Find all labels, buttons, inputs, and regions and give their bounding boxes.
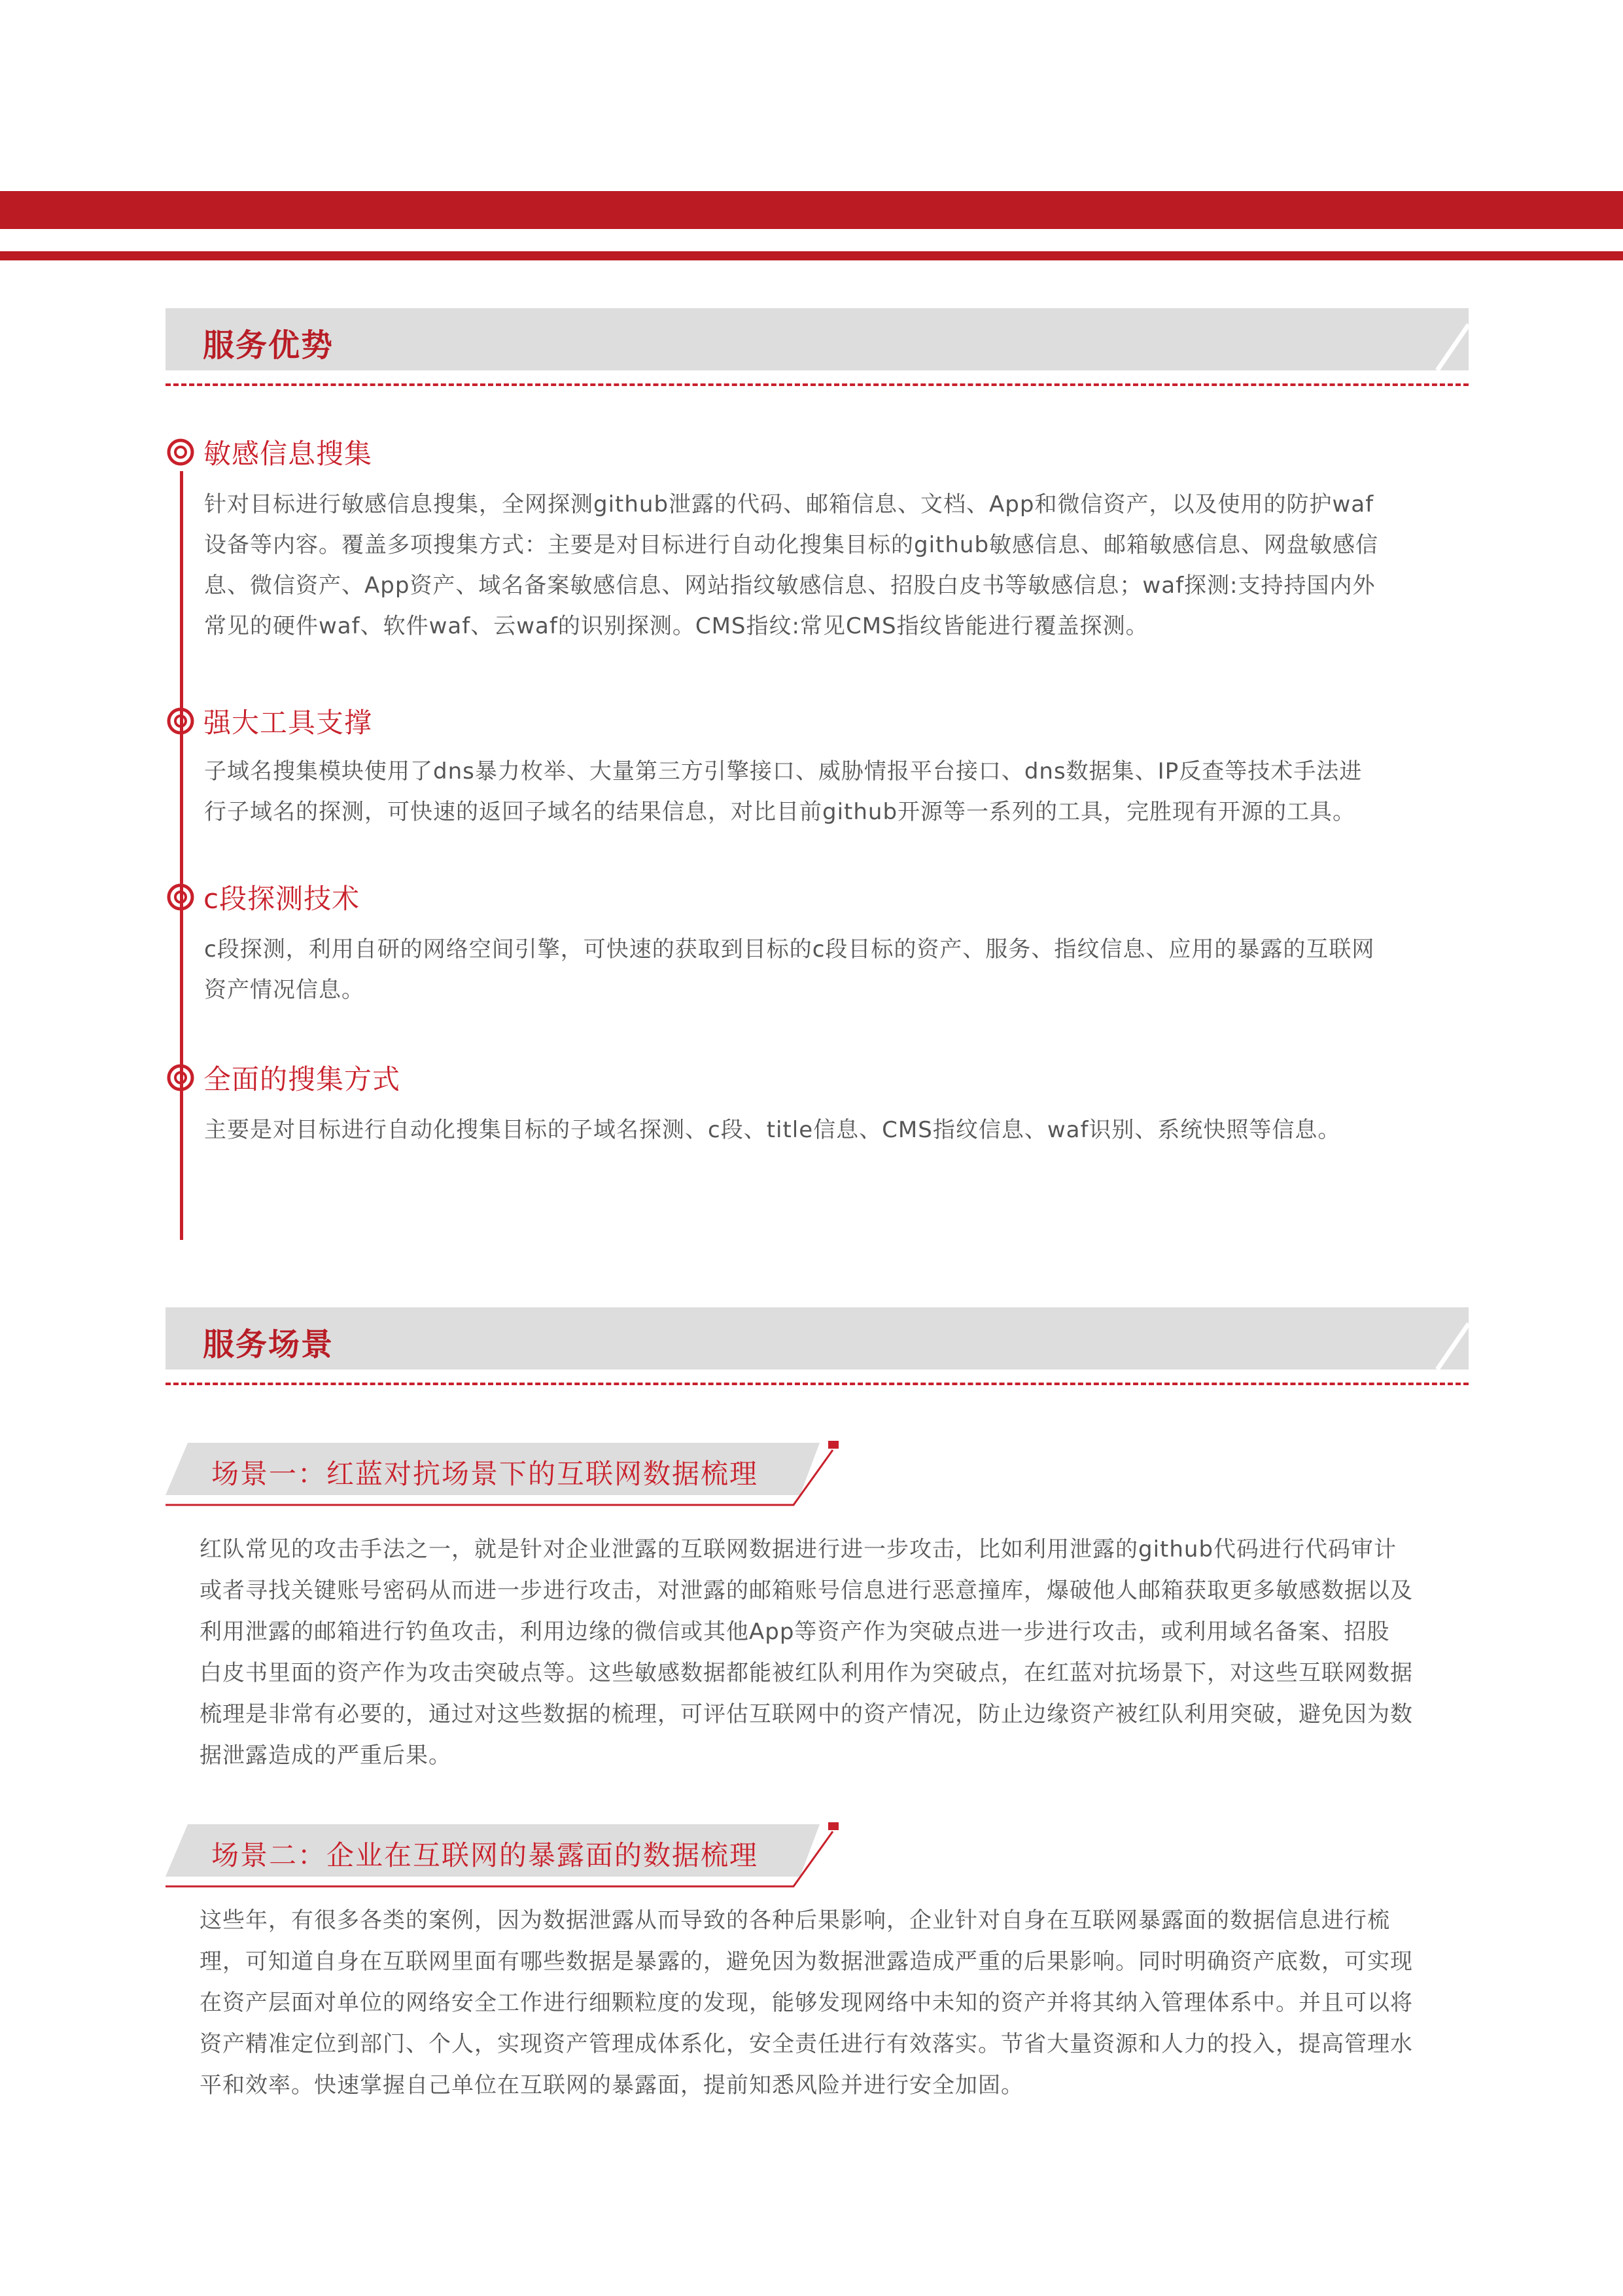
section-header-scenarios: 服务场景 [166, 1307, 1469, 1369]
section-title: 服务优势 [203, 320, 334, 365]
advantage-item-body: 子域名搜集模块使用了dns暴力枚举、大量第三方引擎接口、威胁情报平台接口、dns… [204, 751, 1467, 832]
section-header-advantages: 服务优势 [166, 308, 1469, 370]
section-title: 服务场景 [203, 1319, 334, 1364]
scene-body: 红队常见的攻击手法之一，就是针对企业泄露的互联网数据进行进一步攻击，比如利用泄露… [200, 1529, 1472, 1776]
target-icon [167, 883, 194, 911]
dashed-divider [166, 383, 1469, 386]
dashed-divider [166, 1383, 1469, 1385]
header-red-bar [0, 191, 1623, 229]
scene-body: 这些年，有很多各类的案例，因为数据泄露从而导致的各种后果影响，企业针对自身在互联… [200, 1900, 1472, 2106]
advantage-item-title: 敏感信息搜集 [167, 436, 372, 468]
advantage-item-title: 强大工具支撑 [167, 705, 372, 737]
advantage-item-title: c段探测技术 [167, 881, 360, 913]
advantage-item-title: 全面的搜集方式 [167, 1061, 400, 1094]
target-icon [167, 707, 194, 735]
slash-decoration-icon [1429, 1307, 1469, 1369]
target-icon [167, 438, 194, 466]
scene-banner: 场景二：企业在互联网的暴露面的数据梳理 [166, 1821, 872, 1906]
slash-decoration-icon [1429, 308, 1469, 370]
advantage-item-body: c段探测，利用自研的网络空间引擎，可快速的获取到目标的c段目标的资产、服务、指纹… [204, 929, 1467, 1010]
header-red-stripe [0, 251, 1623, 260]
target-icon [167, 1064, 194, 1091]
timeline-line [180, 471, 183, 1240]
advantage-item-body: 针对目标进行敏感信息搜集，全网探测github泄露的代码、邮箱信息、文档、App… [204, 484, 1467, 646]
scene-banner: 场景一：红蓝对抗场景下的互联网数据梳理 [166, 1439, 872, 1525]
advantage-item-body: 主要是对目标进行自动化搜集目标的子域名探测、c段、title信息、CMS指纹信息… [204, 1110, 1467, 1150]
